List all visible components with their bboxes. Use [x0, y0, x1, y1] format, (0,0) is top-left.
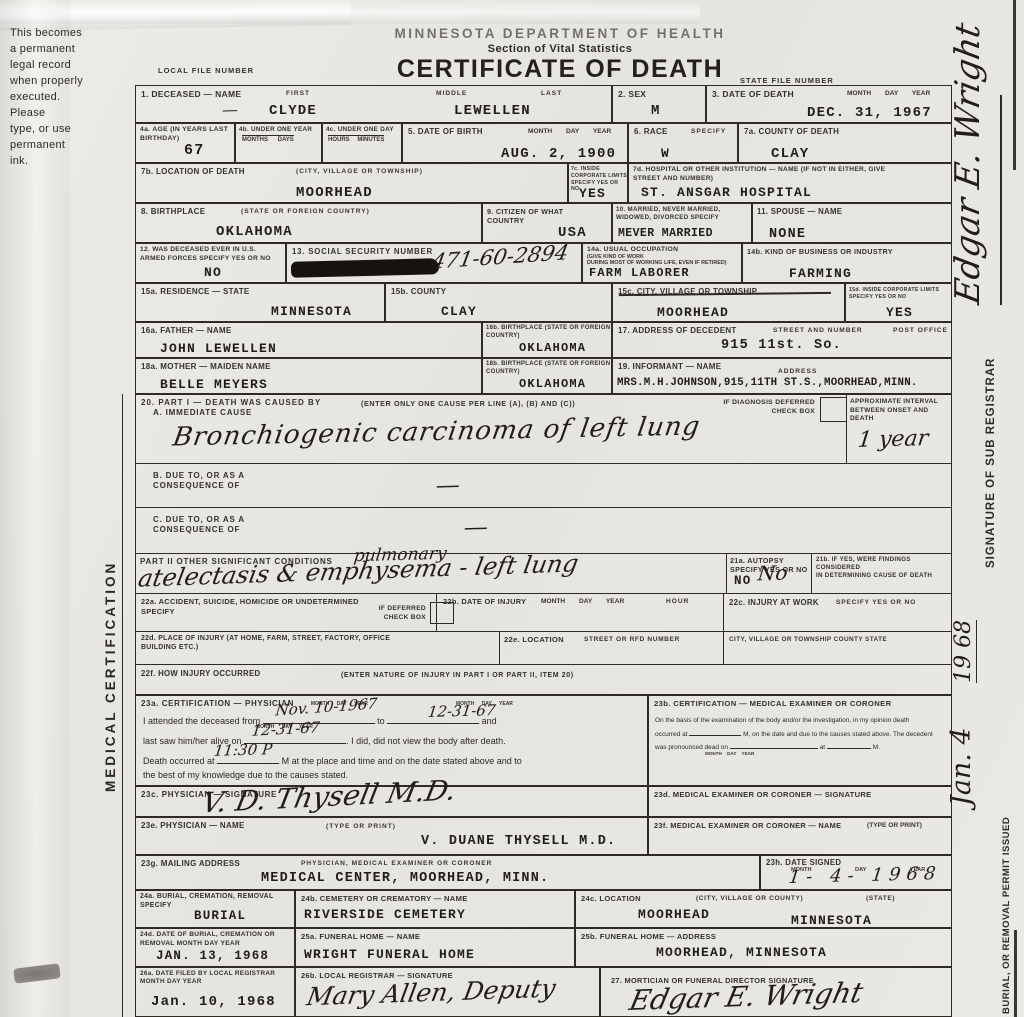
label: 23a. CERTIFICATION — PHYSICIAN — [141, 699, 294, 709]
label: 16b. BIRTHPLACE (STATE OR FOREIGN COUNTR… — [486, 325, 610, 341]
divider — [726, 553, 727, 593]
field-county-of-death: 7a. COUNTY OF DEATH CLAY — [738, 123, 952, 163]
label: STREET AND NUMBER — [773, 327, 863, 334]
value: MRS.M.H.JOHNSON,915,11TH ST.S.,MOORHEAD,… — [617, 377, 918, 389]
label: 15b. COUNTY — [391, 287, 446, 297]
label: A. IMMEDIATE CAUSE — [153, 408, 252, 418]
label: 15a. RESIDENCE — STATE — [141, 287, 250, 297]
value: LEWELLEN — [454, 103, 531, 119]
certification-text: On the basis of the examination of the b… — [655, 714, 947, 755]
value: WRIGHT FUNERAL HOME — [304, 947, 475, 962]
divider — [136, 664, 951, 665]
section-subtitle: Section of Vital Statistics — [320, 43, 800, 55]
value: JAN. 13, 1968 — [156, 949, 269, 963]
label: (ENTER ONLY ONE CAUSE PER LINE (A), (B) … — [361, 399, 575, 408]
field-coroner-name: 23f. MEDICAL EXAMINER OR CORONER — NAME … — [648, 817, 952, 855]
page-edge — [1014, 930, 1017, 1017]
field-certification-physician: 23a. CERTIFICATION — PHYSICIAN MONTH DAY… — [135, 695, 648, 786]
field-residence-inside-limits: 15d. INSIDE CORPORATE LIMITS SPECIFY YES… — [845, 283, 952, 322]
value: OKLAHOMA — [519, 377, 586, 391]
value: CLAY — [441, 304, 477, 319]
value: MINNESOTA — [791, 913, 872, 928]
label: 9. CITIZEN OF WHAT COUNTRY — [487, 207, 563, 226]
value: 915 11st. So. — [721, 338, 842, 353]
value: 67 — [184, 142, 204, 159]
field-residence-county: 15b. COUNTY CLAY — [385, 283, 612, 322]
value: BELLE MEYERS — [160, 377, 268, 392]
divider — [136, 463, 951, 464]
label: 22b. DATE OF INJURY — [443, 597, 526, 607]
label: 8. BIRTHPLACE — [141, 207, 205, 217]
certification-text: Death occurred at M at the place and tim… — [143, 754, 522, 766]
diagnosis-deferred-checkbox — [820, 397, 847, 422]
label: (CITY, VILLAGE OR COUNTY) — [696, 895, 803, 902]
crease-line — [0, 0, 700, 24]
label: 22c. INJURY AT WORK — [729, 598, 819, 608]
field-address-of-decedent: 17. ADDRESS OF DECEDENT STREET AND NUMBE… — [612, 322, 952, 358]
field-local-registrar-signature: 26b. LOCAL REGISTRAR — SIGNATURE Mary Al… — [295, 967, 600, 1017]
field-date-of-birth: 5. DATE OF BIRTH MONTH DAY YEAR AUG. 2, … — [402, 123, 628, 163]
label: POST OFFICE — [893, 327, 948, 334]
death-certificate-scan: This becomes a permanent legal record wh… — [0, 0, 1024, 1017]
field-mother-birthplace: 18b. BIRTHPLACE (STATE OR FOREIGN COUNTR… — [482, 358, 612, 394]
label: 7a. COUNTY OF DEATH — [744, 127, 839, 137]
field-inside-corporate-limits-death: 7c. INSIDE CORPORATE LIMITS SPECIFY YES … — [568, 163, 628, 203]
label: 23b. CERTIFICATION — MEDICAL EXAMINER OR… — [654, 699, 891, 709]
value: MOORHEAD — [638, 907, 710, 922]
label: SPECIFY YES OR NO — [836, 599, 916, 606]
label: MONTH DAY YEAR — [528, 128, 611, 135]
certificate-title: CERTIFICATE OF DEATH — [320, 55, 800, 84]
hand-interval: 1 year — [856, 426, 929, 453]
label: IF DEFERRED CHECK BOX — [366, 605, 426, 622]
hand-dash: — — [434, 471, 461, 500]
value: AUG. 2, 1900 — [501, 146, 616, 162]
divider — [723, 593, 724, 631]
blank-line — [827, 741, 871, 749]
value: JOHN LEWELLEN — [160, 341, 277, 356]
redaction-mark — [291, 258, 439, 278]
value: FARMING — [789, 266, 852, 281]
field-mailing-address: 23g. MAILING ADDRESS PHYSICIAN, MEDICAL … — [135, 855, 760, 890]
stamp-smudge — [13, 963, 60, 983]
label: 24c. LOCATION — [581, 894, 641, 904]
label: 13. SOCIAL SECURITY NUMBER — [292, 247, 433, 257]
label: LAST — [541, 90, 562, 97]
value: MOORHEAD, MINNESOTA — [656, 945, 827, 960]
label: 23g. MAILING ADDRESS — [141, 859, 240, 869]
field-burial-date: 24d. DATE OF BURIAL, CREMATION OR REMOVA… — [135, 928, 295, 967]
label: 20. PART I — DEATH WAS CAUSED BY — [141, 398, 321, 408]
hand-date-signed: 1- 4- 1968 — [788, 863, 943, 888]
value: OKLAHOMA — [216, 224, 293, 240]
label: 1. DECEASED — NAME — [141, 89, 241, 100]
divider — [136, 507, 951, 508]
label: APPROXIMATE INTERVAL BETWEEN ONSET AND D… — [850, 398, 950, 424]
label: 21b. IF YES, WERE FINDINGS CONSIDERED IN… — [816, 556, 948, 580]
label: 16a. FATHER — NAME — [141, 326, 232, 336]
certification-text: last saw him/her alive on . I did, did n… — [143, 734, 506, 746]
field-residence-state: 15a. RESIDENCE — STATE MINNESOTA — [135, 283, 385, 322]
field-burial-type: 24a. BURIAL, CREMATION, REMOVAL SPECIFY … — [135, 890, 295, 928]
hand-date-alive: 12-31-67 — [251, 718, 321, 740]
form-left-rule — [122, 394, 123, 1017]
label: 12. WAS DECEASED EVER IN U.S. ARMED FORC… — [140, 246, 271, 263]
divider — [723, 631, 724, 664]
field-race: 6. RACE SPECIFY W — [628, 123, 738, 163]
local-file-number-label: LOCAL FILE NUMBER — [158, 66, 254, 76]
value: MEVER MARRIED — [618, 227, 713, 240]
value: ST. ANSGAR HOSPITAL — [641, 185, 812, 200]
field-birthplace: 8. BIRTHPLACE (STATE OR FOREIGN COUNTRY)… — [135, 203, 482, 243]
value: OKLAHOMA — [519, 341, 586, 355]
label: 25b. FUNERAL HOME — ADDRESS — [581, 932, 716, 942]
field-deceased-name: 1. DECEASED — NAME FIRST MIDDLE LAST CLY… — [135, 85, 612, 123]
signature-line — [1000, 95, 1002, 305]
label: C. DUE TO, OR AS A CONSEQUENCE OF — [153, 515, 245, 536]
field-armed-forces: 12. WAS DECEASED EVER IN U.S. ARMED FORC… — [135, 243, 286, 283]
field-father-name: 16a. FATHER — NAME JOHN LEWELLEN — [135, 322, 482, 358]
field-funeral-home-address: 25b. FUNERAL HOME — ADDRESS MOORHEAD, MI… — [575, 928, 952, 967]
label: 18a. MOTHER — MAIDEN NAME — [141, 362, 271, 372]
label: 22e. LOCATION — [504, 635, 564, 645]
hand-autopsy: No — [757, 561, 789, 586]
value: NO — [204, 265, 222, 280]
label: 6. RACE — [634, 127, 668, 137]
label: MONTHS DAYS — [242, 135, 294, 143]
label: 10. MARRIED, NEVER MARRIED, WIDOWED, DIV… — [616, 206, 720, 222]
hand-time: 11:30 P — [213, 740, 273, 760]
label: 4b. UNDER ONE YEAR — [239, 126, 312, 134]
value: NO — [734, 574, 751, 588]
label: 2. SEX — [618, 89, 646, 100]
blank-line — [730, 741, 818, 749]
label: 11. SPOUSE — NAME — [757, 207, 842, 217]
hand-value: 471-60-2894 — [430, 240, 571, 273]
label: (GIVE KIND OF WORK DURING MOST OF WORKIN… — [587, 254, 737, 266]
label: 22a. ACCIDENT, SUICIDE, HOMICIDE OR UNDE… — [141, 597, 359, 616]
label: MONTH DAY YEAR — [847, 90, 930, 97]
field-cemetery-location: 24c. LOCATION (CITY, VILLAGE OR COUNTY) … — [575, 890, 952, 928]
label: 23d. MEDICAL EXAMINER OR CORONER — SIGNA… — [654, 790, 872, 800]
label: (TYPE OR PRINT) — [867, 822, 922, 829]
certification-text: the best of my knowledge due to the caus… — [143, 770, 348, 780]
label: HOURS MINUTES — [328, 135, 384, 143]
label: PHYSICIAN, MEDICAL EXAMINER OR CORONER — [301, 860, 492, 867]
value: CLYDE — [269, 103, 317, 119]
label: 3. DATE OF DEATH — [712, 89, 794, 100]
field-physician-signature: 23c. PHYSICIAN — SIGNATURE V. D. Thysell… — [135, 786, 648, 817]
label: (STATE OR FOREIGN COUNTRY) — [241, 208, 370, 215]
field-under-one-year: 4b. UNDER ONE YEAR MONTHS DAYS — [235, 123, 322, 163]
label: 4c. UNDER ONE DAY — [326, 126, 394, 134]
value: USA — [558, 225, 587, 241]
hand-dash: — — [462, 513, 489, 542]
field-date-signed: 23h. DATE SIGNED MONTH DAY YEAR 1- 4- 19… — [760, 855, 952, 890]
value: NONE — [769, 227, 806, 242]
field-age: 4a. AGE (IN YEARS LAST BIRTHDAY) 67 — [135, 123, 235, 163]
value: W — [661, 146, 670, 161]
label: 7d. HOSPITAL OR OTHER INSTITUTION — NAME… — [633, 166, 885, 183]
label: IF DIAGNOSIS DEFERRED CHECK BOX — [707, 399, 815, 417]
value: V. DUANE THYSELL M.D. — [421, 834, 616, 849]
value: DEC. 31, 1967 — [807, 105, 932, 121]
field-informant: 19. INFORMANT — NAME ADDRESS MRS.M.H.JOH… — [612, 358, 952, 394]
field-location-of-death: 7b. LOCATION OF DEATH (CITY, VILLAGE OR … — [135, 163, 568, 203]
field-marital-status: 10. MARRIED, NEVER MARRIED, WIDOWED, DIV… — [612, 203, 752, 243]
field-social-security-number: 13. SOCIAL SECURITY NUMBER 471-60-2894 — [286, 243, 582, 283]
permanent-record-note: This becomes a permanent legal record wh… — [10, 26, 120, 169]
label: CITY, VILLAGE OR TOWNSHIP COUNTY STATE — [729, 636, 887, 643]
label: (STATE) — [866, 895, 895, 902]
value: Jan. 10, 1968 — [151, 994, 276, 1010]
field-usual-occupation: 14a. USUAL OCCUPATION (GIVE KIND OF WORK… — [582, 243, 742, 283]
label: 26a. DATE FILED BY LOCAL REGISTRAR MONTH… — [140, 970, 275, 987]
field-date-of-death: 3. DATE OF DEATH MONTH DAY YEAR DEC. 31,… — [706, 85, 952, 123]
medical-certification-label: MEDICAL CERTIFICATION — [103, 392, 118, 792]
blank-line — [689, 728, 741, 736]
value: BURIAL — [194, 909, 246, 923]
field-citizen-of-country: 9. CITIZEN OF WHAT COUNTRY USA — [482, 203, 612, 243]
hand-mortician-signature: Edgar E. Wright — [627, 976, 867, 1017]
field-cemetery-name: 24b. CEMETERY OR CREMATORY — NAME RIVERS… — [295, 890, 575, 928]
sub-registrar-signature: Edgar E. Wright — [948, 20, 988, 307]
label: MONTH DAY YEAR — [541, 598, 624, 605]
value: MOORHEAD — [657, 305, 729, 320]
label: (ENTER NATURE OF INJURY IN PART I OR PAR… — [341, 671, 574, 680]
label: 17. ADDRESS OF DECEDENT — [618, 326, 737, 336]
field-under-one-day: 4c. UNDER ONE DAY HOURS MINUTES — [322, 123, 402, 163]
value: MINNESOTA — [271, 304, 352, 319]
field-sex: 2. SEX M — [612, 85, 706, 123]
label: 24d. DATE OF BURIAL, CREMATION OR REMOVA… — [140, 931, 275, 948]
label: 25a. FUNERAL HOME — NAME — [301, 932, 420, 942]
field-kind-of-business: 14b. KIND OF BUSINESS OR INDUSTRY FARMIN… — [742, 243, 952, 283]
label: ADDRESS — [778, 368, 817, 375]
label: 7b. LOCATION OF DEATH — [141, 167, 245, 177]
label: 15d. INSIDE CORPORATE LIMITS SPECIFY YES… — [849, 287, 939, 301]
permit-date-year: 19 68 — [951, 620, 977, 683]
label: 24b. CEMETERY OR CREMATORY — NAME — [301, 894, 468, 904]
field-residence-city: 15c. CITY, VILLAGE OR TOWNSHIP MOORHEAD — [612, 283, 845, 322]
sub-registrar-label: SIGNATURE OF SUB REGISTRAR — [985, 316, 997, 568]
label: (CITY, VILLAGE OR TOWNSHIP) — [296, 168, 423, 175]
field-spouse-name: 11. SPOUSE — NAME NONE — [752, 203, 952, 243]
divider — [136, 631, 951, 632]
divider — [811, 553, 812, 593]
field-funeral-home-name: 25a. FUNERAL HOME — NAME WRIGHT FUNERAL … — [295, 928, 575, 967]
label: MIDDLE — [436, 90, 467, 97]
label: 18b. BIRTHPLACE (STATE OR FOREIGN COUNTR… — [486, 361, 610, 377]
value: FARM LABORER — [589, 266, 690, 280]
hand-date-to: 12-31-67 — [427, 701, 497, 721]
department-title: MINNESOTA DEPARTMENT OF HEALTH — [320, 26, 800, 41]
label: B. DUE TO, OR AS A CONSEQUENCE OF — [153, 471, 245, 492]
label: 23e. PHYSICIAN — NAME — [141, 821, 245, 831]
label: 19. INFORMANT — NAME — [618, 362, 721, 372]
label: 5. DATE OF BIRTH — [408, 127, 483, 137]
label: HOUR — [666, 598, 689, 605]
label: 22f. HOW INJURY OCCURRED — [141, 669, 260, 679]
label: 4a. AGE (IN YEARS LAST BIRTHDAY) — [140, 126, 228, 144]
label: (TYPE OR PRINT) — [326, 823, 396, 830]
field-coroner-signature: 23d. MEDICAL EXAMINER OR CORONER — SIGNA… — [648, 786, 952, 817]
field-father-birthplace: 16b. BIRTHPLACE (STATE OR FOREIGN COUNTR… — [482, 322, 612, 358]
label: SPECIFY — [691, 128, 726, 135]
divider — [136, 593, 951, 594]
permit-issued-label: BURIAL, OR REMOVAL PERMIT ISSUED — [1001, 764, 1012, 1014]
field-mortician-signature: 27. MORTICIAN OR FUNERAL DIRECTOR SIGNAT… — [600, 967, 952, 1017]
page-edge — [1013, 0, 1016, 170]
label: FIRST — [286, 90, 310, 97]
value: CLAY — [771, 146, 809, 162]
value: MEDICAL CENTER, MOORHEAD, MINN. — [261, 871, 549, 886]
value: YES — [579, 186, 606, 201]
value: RIVERSIDE CEMETERY — [304, 907, 466, 922]
field-date-filed: 26a. DATE FILED BY LOCAL REGISTRAR MONTH… — [135, 967, 295, 1017]
label: 23f. MEDICAL EXAMINER OR CORONER — NAME — [654, 821, 841, 831]
field-physician-name: 23e. PHYSICIAN — NAME (TYPE OR PRINT) V.… — [135, 817, 648, 855]
value: M — [651, 103, 661, 119]
label: 22d. PLACE OF INJURY (AT HOME, FARM, STR… — [141, 635, 390, 653]
field-certification-coroner: 23b. CERTIFICATION — MEDICAL EXAMINER OR… — [648, 695, 952, 786]
divider — [499, 631, 500, 664]
field-hospital-name: 7d. HOSPITAL OR OTHER INSTITUTION — NAME… — [628, 163, 952, 203]
value: MOORHEAD — [296, 185, 373, 201]
label: STREET OR RFD NUMBER — [584, 636, 680, 643]
label: 14b. KIND OF BUSINESS OR INDUSTRY — [747, 247, 893, 256]
value: YES — [886, 305, 913, 320]
label: MONTH DAY YEAR — [705, 751, 754, 756]
section-cause-of-death: 20. PART I — DEATH WAS CAUSED BY (ENTER … — [135, 394, 952, 695]
field-mother-maiden-name: 18a. MOTHER — MAIDEN NAME BELLE MEYERS — [135, 358, 482, 394]
